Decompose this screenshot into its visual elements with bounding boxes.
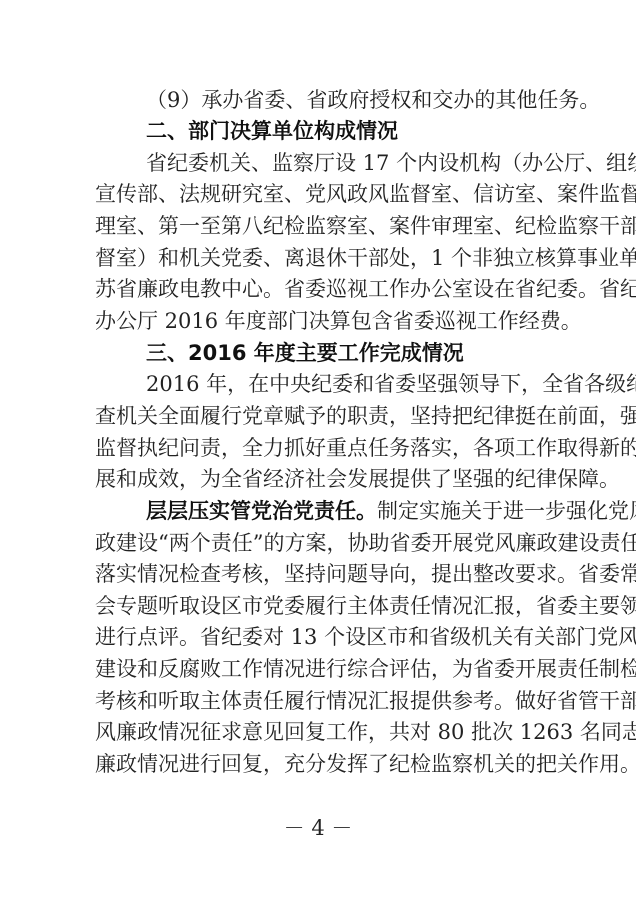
paragraph-line: 风廉政情况征求意见回复工作，共对 80 批次 1263 名同志党风 [95, 719, 553, 745]
page-number: － 4 － [0, 815, 636, 841]
paragraph-line: 监督执纪问责，全力抓好重点任务落实，各项工作取得新的进 [95, 435, 553, 461]
paragraph-line: 考核和听取主体责任履行情况汇报提供参考。做好省管干部党 [95, 688, 553, 714]
paragraph-line: 政建设“两个责任”的方案，协助省委开展党风廉政建设责任制 [95, 530, 553, 556]
document-page: （9）承办省委、省政府授权和交办的其他任务。 二、部门决算单位构成情况 省纪委机… [0, 0, 636, 900]
paragraph-line: 省纪委机关、监察厅设 17 个内设机构（办公厅、组织部、 [146, 150, 553, 176]
paragraph-line: 查机关全面履行党章赋予的职责，坚持把纪律挺在前面，强化 [95, 403, 553, 429]
paragraph-line-with-bold-lead: 层层压实管党治党责任。制定实施关于进一步强化党风廉 [146, 498, 553, 524]
paragraph-line: 展和成效，为全省经济社会发展提供了坚强的纪律保障。 [95, 466, 553, 492]
paragraph-line: 办公厅 2016 年度部门决算包含省委巡视工作经费。 [95, 308, 553, 334]
paragraph-line: 进行点评。省纪委对 13 个设区市和省级机关有关部门党风廉政 [95, 624, 553, 650]
paragraph-line: 督室）和机关党委、离退休干部处，1 个非独立核算事业单位江 [95, 245, 553, 271]
paragraph-line: 苏省廉政电教中心。省委巡视工作办公室设在省纪委。省纪委 [95, 276, 553, 302]
list-item-9: （9）承办省委、省政府授权和交办的其他任务。 [146, 87, 553, 113]
paragraph-line: 2016 年，在中央纪委和省委坚强领导下，全省各级纪律检 [146, 371, 553, 397]
paragraph-text: 制定实施关于进一步强化党风廉 [377, 499, 636, 523]
paragraph-line: 落实情况检查考核，坚持问题导向，提出整改要求。省委常委 [95, 561, 553, 587]
paragraph-line: 会专题听取设区市党委履行主体责任情况汇报，省委主要领导 [95, 593, 553, 619]
paragraph-line: 建设和反腐败工作情况进行综合评估，为省委开展责任制检查 [95, 656, 553, 682]
paragraph-line: 宣传部、法规研究室、党风政风监督室、信访室、案件监督管 [95, 181, 553, 207]
section-heading-2: 二、部门决算单位构成情况 [146, 118, 553, 144]
bold-lead-text: 层层压实管党治党责任。 [146, 499, 377, 523]
section-heading-3: 三、2016 年度主要工作完成情况 [146, 340, 553, 366]
paragraph-line: 廉政情况进行回复，充分发挥了纪检监察机关的把关作用。用 [95, 751, 553, 777]
paragraph-line: 理室、第一至第八纪检监察室、案件审理室、纪检监察干部监 [95, 213, 553, 239]
